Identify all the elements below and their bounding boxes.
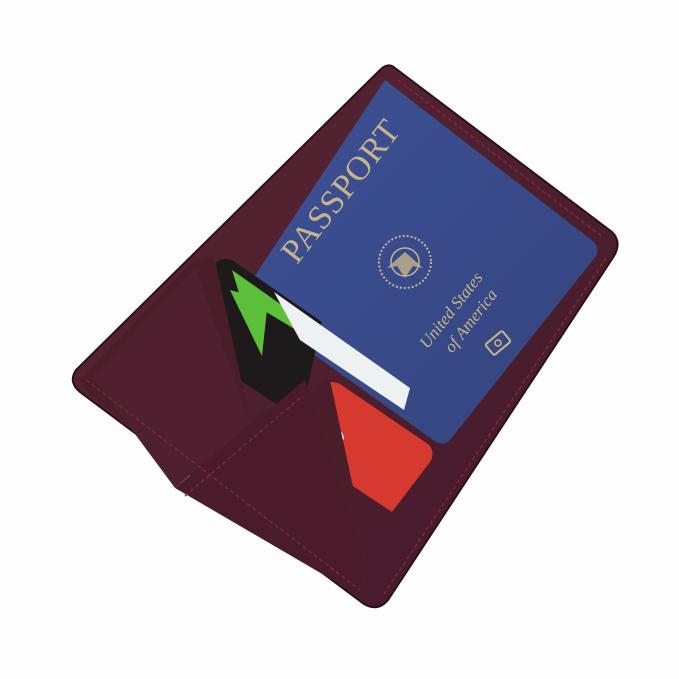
passport-wallet-illustration: PASSPORT United States of America [0,0,679,679]
product-photo: PASSPORT United States of America [0,0,679,679]
